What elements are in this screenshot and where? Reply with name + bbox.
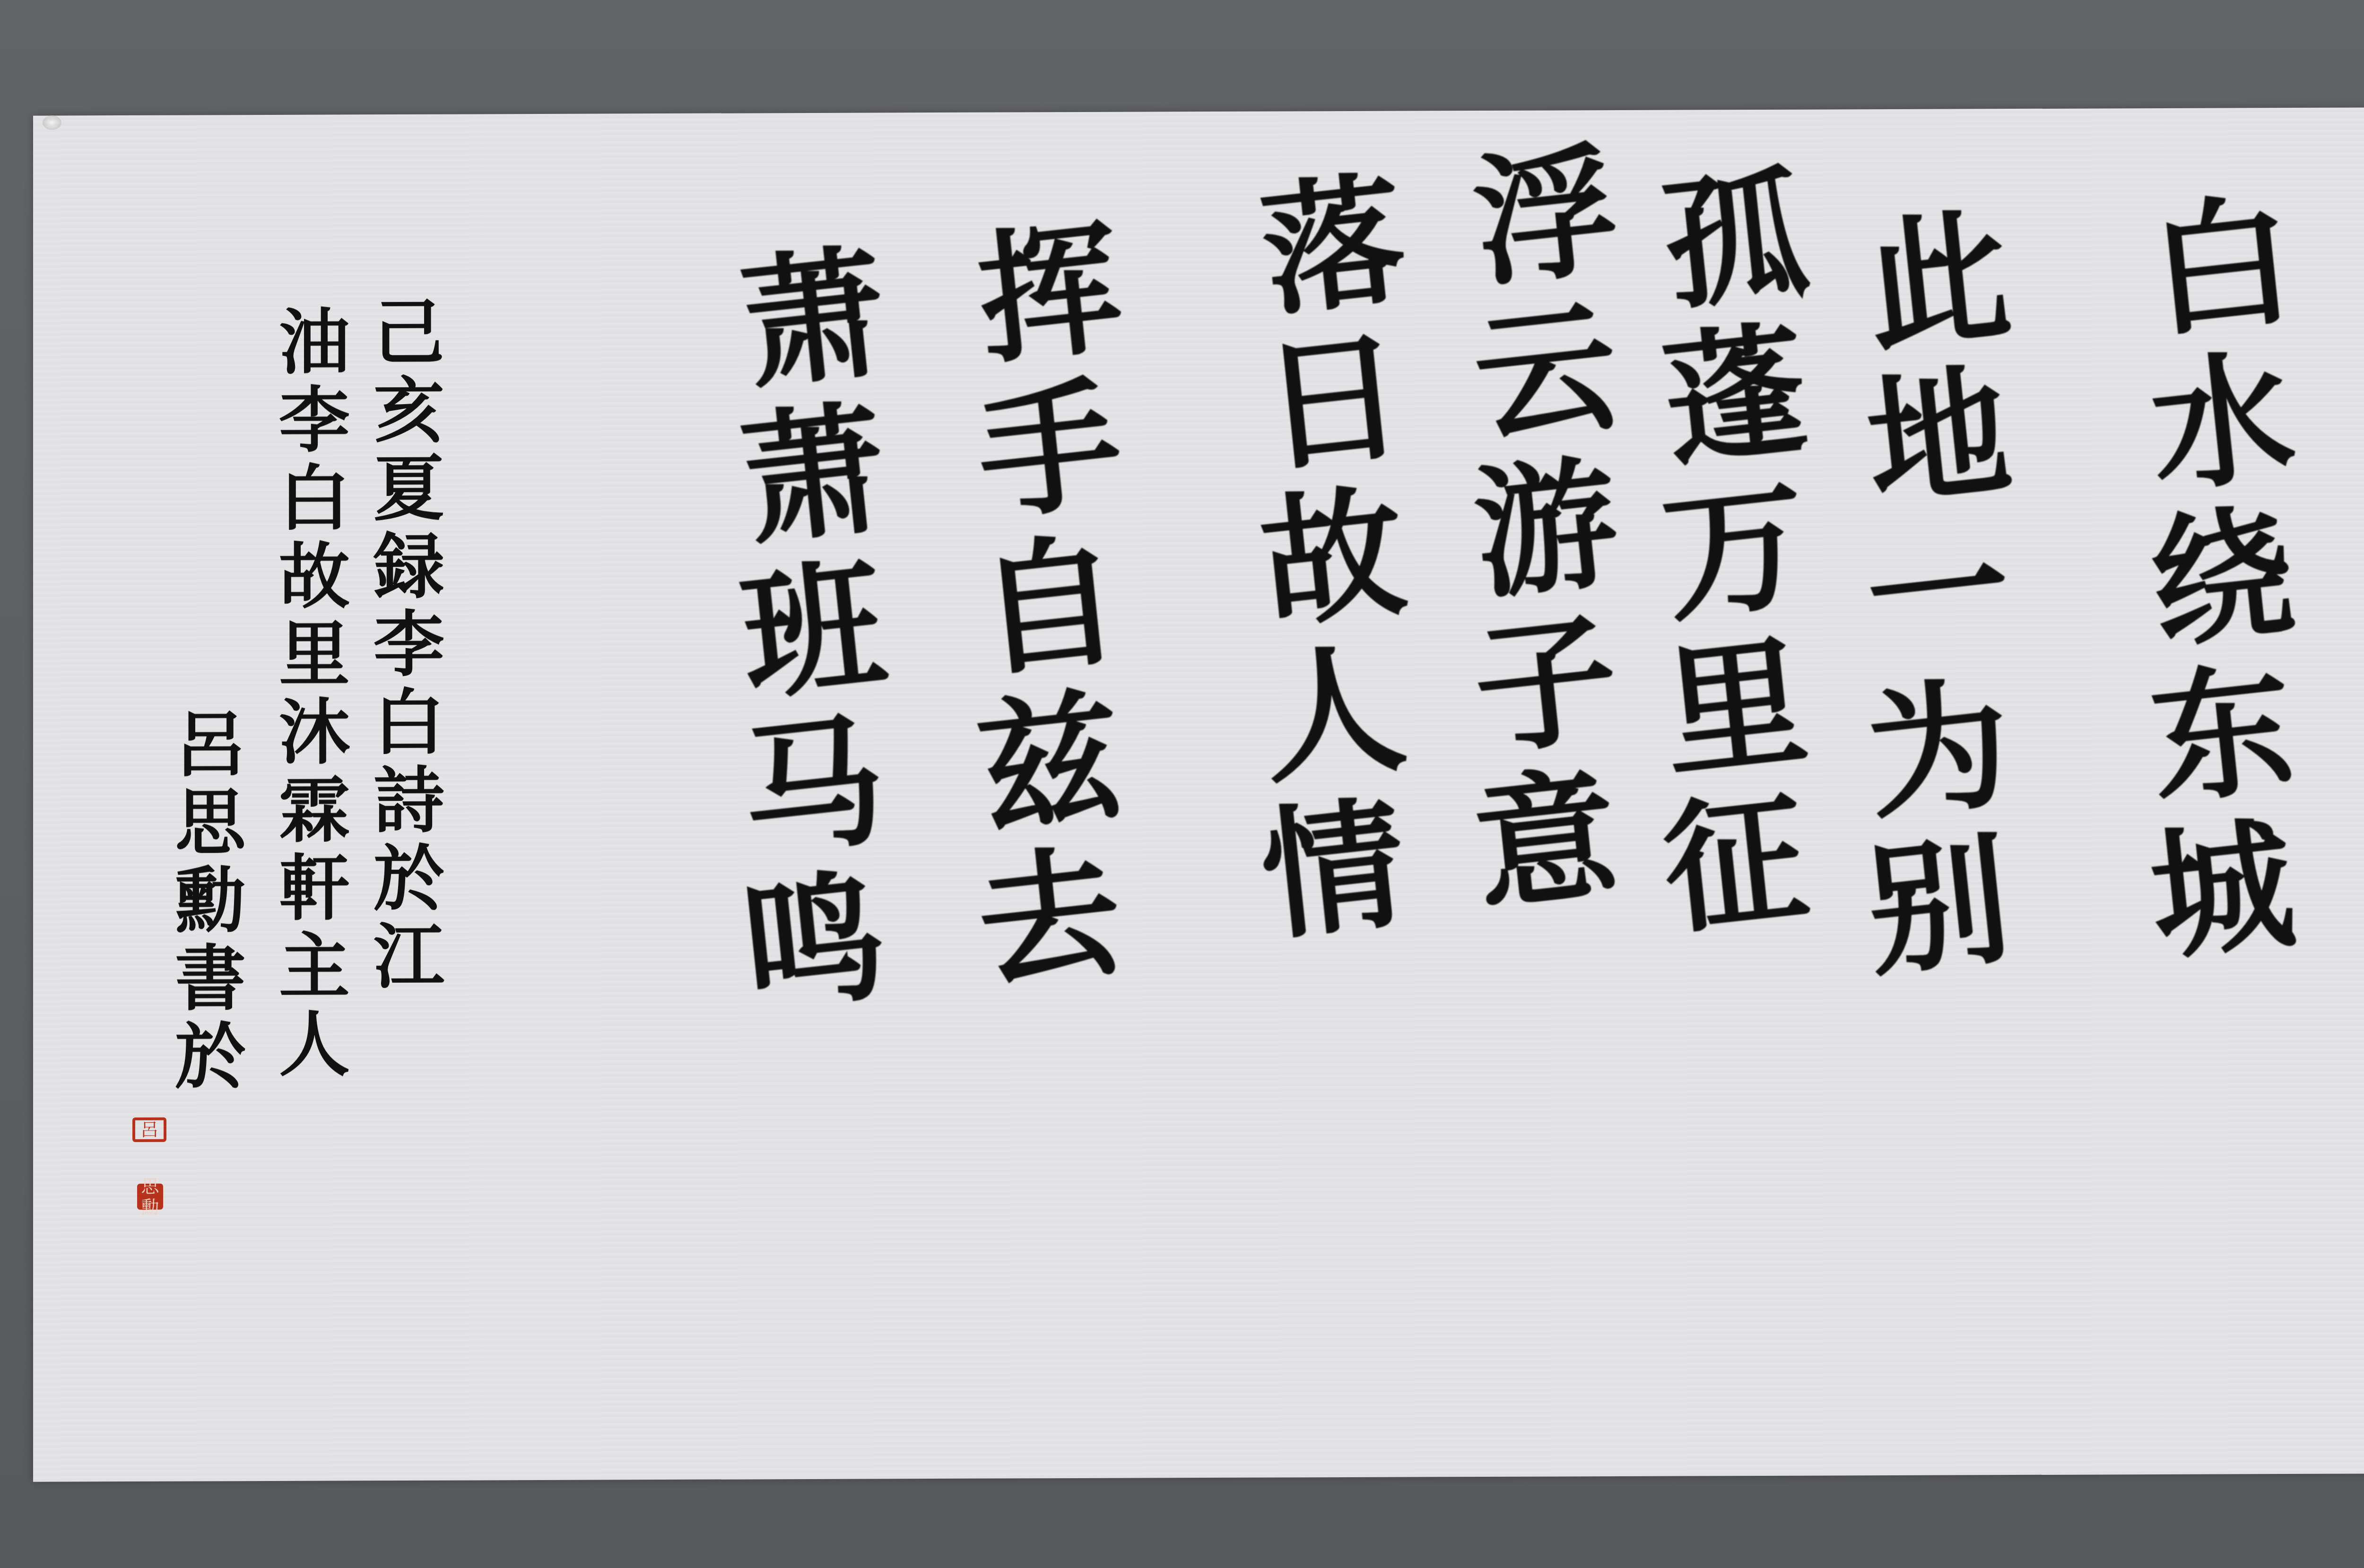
character: 軒 — [279, 849, 350, 928]
character: 落 — [1255, 161, 1412, 331]
character: 别 — [1860, 820, 2017, 990]
character: 意 — [1468, 755, 1625, 926]
pin-icon — [43, 115, 61, 130]
character: 里 — [279, 615, 350, 694]
inscription-column-1: 己亥夏録李白詩於江 — [374, 294, 444, 996]
character: 李 — [279, 381, 350, 460]
character: 蓬 — [1657, 311, 1814, 481]
character: 人 — [279, 1005, 350, 1084]
seal-text: 思勳 — [141, 1176, 159, 1217]
character: 勳 — [175, 862, 246, 940]
inscription-column-3: 呂思勳書於 — [175, 706, 246, 1096]
character: 游 — [1468, 443, 1625, 614]
inscription-column-2: 油李白故里沐霖軒主人 — [279, 303, 350, 1084]
character: 思 — [175, 784, 246, 862]
character: 此 — [1860, 196, 2017, 366]
poem-column-5: 浮云游子意 — [1475, 139, 1617, 919]
character: 己 — [374, 294, 444, 373]
character: 油 — [279, 303, 350, 382]
character: 於 — [175, 1018, 246, 1096]
character: 手 — [971, 365, 1129, 535]
character: 自 — [971, 521, 1129, 691]
character: 人 — [1255, 629, 1412, 799]
character: 马 — [735, 702, 892, 872]
character: 於 — [374, 840, 444, 918]
character: 地 — [1860, 352, 2017, 522]
character: 白 — [2144, 181, 2301, 351]
character: 子 — [1468, 599, 1625, 770]
name-seal: 呂 — [132, 1118, 166, 1142]
character: 主 — [279, 927, 350, 1006]
seal-text: 呂 — [140, 1119, 158, 1140]
character: 呂 — [175, 706, 246, 784]
character: 江 — [374, 918, 444, 996]
poem-column-6: 落日故人情 — [1262, 168, 1404, 948]
character: 去 — [971, 833, 1129, 1003]
character: 故 — [1255, 473, 1412, 643]
character: 鸣 — [735, 858, 892, 1028]
character: 沐 — [279, 693, 350, 772]
character: 詩 — [374, 762, 444, 840]
character: 萧 — [735, 390, 892, 560]
character: 書 — [175, 940, 246, 1018]
character: 挥 — [971, 209, 1129, 379]
character: 萧 — [735, 234, 892, 404]
character: 班 — [735, 546, 892, 716]
character: 为 — [1860, 664, 2017, 834]
poem-column-7: 挥手自兹去 — [979, 216, 1121, 996]
character: 亥 — [374, 372, 444, 450]
character: 故 — [279, 537, 350, 616]
character: 兹 — [971, 677, 1129, 847]
character: 情 — [1255, 785, 1412, 955]
poem-column-8: 萧萧班马鸣 — [742, 240, 884, 1021]
character: 绕 — [2144, 493, 2301, 663]
character: 征 — [1657, 779, 1814, 949]
character: 日 — [1255, 317, 1412, 487]
character: 孤 — [1657, 155, 1814, 325]
character: 水 — [2144, 337, 2301, 507]
poem-column-4: 孤蓬万里征 — [1664, 162, 1806, 942]
character: 城 — [2144, 805, 2301, 975]
character: 万 — [1657, 467, 1814, 637]
poem-column-3: 此地一为别 — [1868, 203, 2009, 984]
character: 云 — [1468, 287, 1625, 458]
character: 録 — [374, 528, 444, 606]
character: 一 — [1860, 508, 2017, 678]
character: 霖 — [279, 771, 350, 850]
poem-column-2: 白水绕东城 — [2151, 188, 2293, 969]
calligraphy-scroll: 青山横北郭 白水绕东城 此地一为别 孤蓬万里征 浮云游子意 落日故人情 挥手自兹… — [33, 106, 2364, 1481]
character: 白 — [279, 459, 350, 538]
character: 里 — [1657, 623, 1814, 793]
character: 夏 — [374, 450, 444, 528]
character: 李 — [374, 606, 444, 684]
square-seal: 思勳 — [137, 1184, 163, 1210]
character: 东 — [2144, 649, 2301, 819]
character: 白 — [374, 684, 444, 762]
character: 浮 — [1468, 131, 1625, 302]
